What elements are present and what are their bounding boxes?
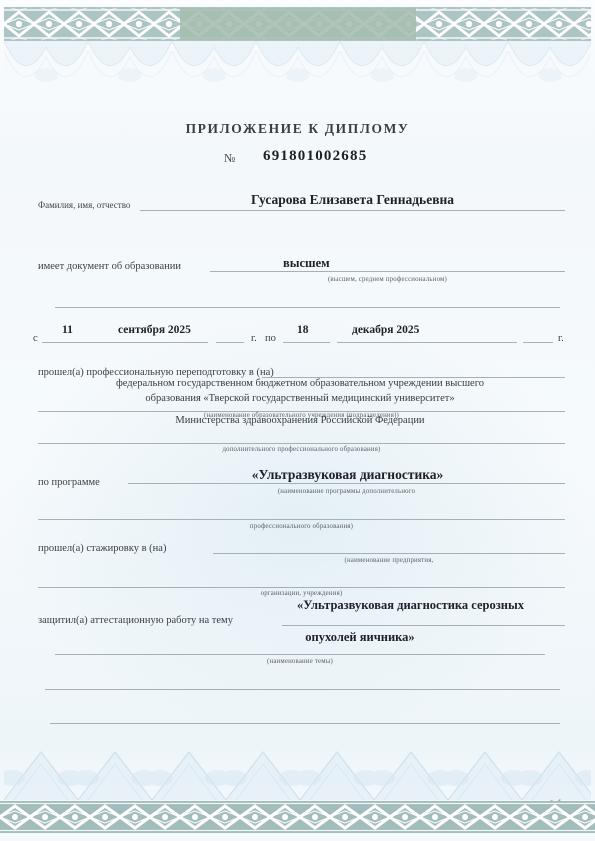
thesis-caption: (наименование темы): [55, 658, 545, 665]
top-guilloche-wave: [4, 41, 591, 113]
education-value: высшем: [283, 256, 330, 271]
program-line-2: [38, 519, 565, 520]
period-to-month-year: декабря 2025: [352, 324, 419, 336]
thesis-line-mid: [55, 654, 545, 655]
period-to-day: 18: [297, 324, 309, 336]
period-from-day: 11: [62, 324, 73, 336]
retraining-line-bottom: [38, 443, 565, 444]
blank-line-1: [55, 307, 560, 308]
education-line: [210, 271, 565, 272]
number-sign: №: [224, 151, 235, 166]
period-g2: г.: [558, 333, 564, 344]
internship-label: прошел(а) стажировку в (на): [38, 543, 166, 554]
internship-line-2: [38, 587, 565, 588]
period-line-5: [523, 342, 553, 343]
period-g1: г.: [251, 333, 257, 344]
name-value: Гусарова Елизавета Геннадьевна: [140, 192, 565, 208]
retraining-institution-line2: образования «Тверской государственный ме…: [30, 393, 570, 404]
period-from-prefix: с: [33, 333, 38, 344]
diploma-supplement-page: ПРИЛОЖЕНИЕ К ДИПЛОМУ .title{text-align:c…: [0, 0, 595, 841]
period-to-prefix: по: [265, 333, 276, 344]
document-number: 691801002685: [263, 148, 367, 165]
retraining-institution-line1: федеральном государственном бюджетном об…: [30, 378, 570, 389]
top-ornament-band: [4, 7, 591, 41]
thesis-value-line1: «Ультразвуковая диагностика серозных: [297, 598, 524, 613]
education-caption: (высшем, среднем профессиональном): [210, 276, 565, 283]
internship-caption1: (наименование предприятия,: [213, 557, 565, 564]
period-from-month-year: сентября 2025: [118, 324, 191, 336]
thesis-label: защитил(а) аттестационную работу на тему: [38, 615, 233, 626]
thesis-line-top: [282, 625, 565, 626]
period-line-3: [283, 342, 330, 343]
internship-caption2: организации, учреждения): [38, 590, 565, 597]
name-line: [140, 210, 565, 211]
retraining-label: прошел(а) профессиональную переподготовк…: [38, 367, 274, 378]
retraining-institution-line3: Министерства здравоохранения Российской …: [30, 415, 570, 426]
thesis-value-line2: опухолей яичника»: [150, 630, 570, 645]
period-line-4: [337, 342, 517, 343]
internship-line: [213, 553, 565, 554]
program-value: «Ультразвуковая диагностика»: [130, 467, 565, 483]
retraining-caption2: дополнительного профессионального образо…: [38, 446, 565, 453]
bottom-guilloche-wave: [4, 742, 591, 800]
program-caption2: профессионального образования): [38, 523, 565, 530]
name-label: Фамилия, имя, отчество: [38, 200, 130, 210]
blank-line-2: [45, 689, 560, 690]
education-label: имеет документ об образовании: [38, 261, 181, 272]
bottom-ornament-band: [0, 801, 595, 833]
program-line: [128, 483, 565, 484]
period-line-1: [42, 342, 208, 343]
period-line-2: [216, 342, 244, 343]
blank-line-3: [50, 723, 560, 724]
page-title: ПРИЛОЖЕНИЕ К ДИПЛОМУ: [0, 121, 595, 137]
program-caption1: (наименование программы дополнительного: [128, 488, 565, 495]
program-label: по программе: [38, 477, 100, 488]
